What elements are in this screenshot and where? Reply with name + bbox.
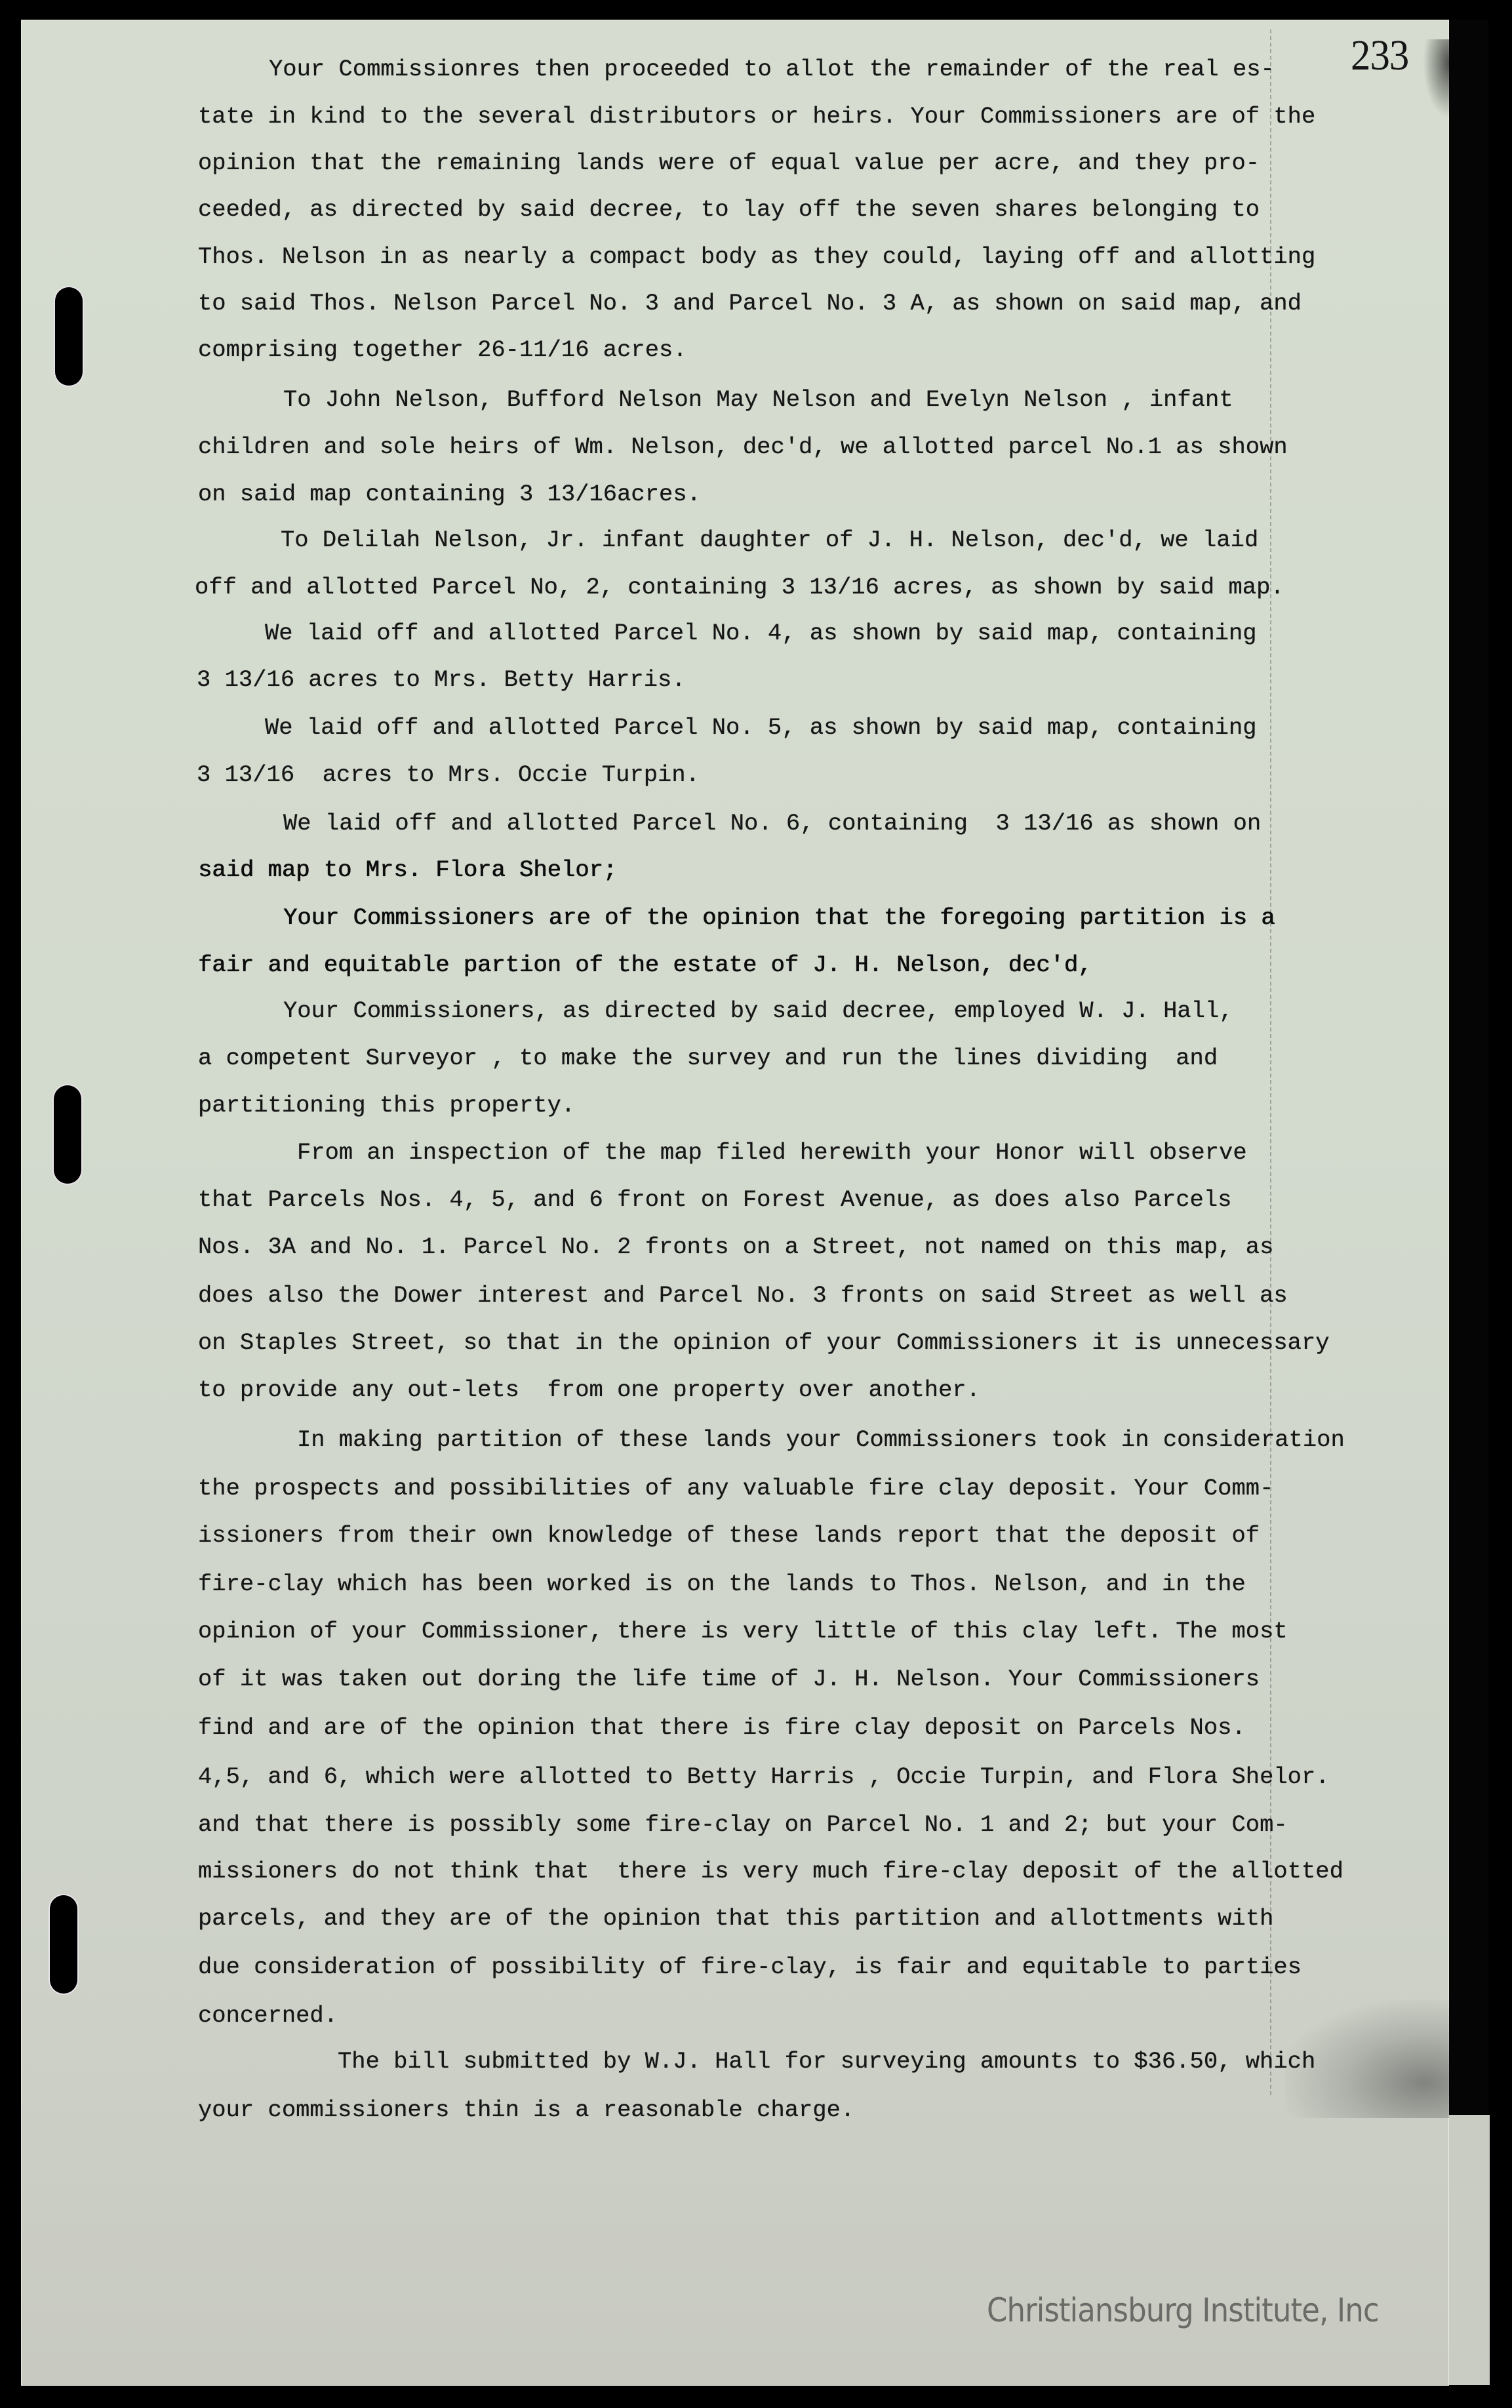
text-line: parcels, and they are of the opinion tha… xyxy=(198,1906,1273,1932)
text-line: tate in kind to the several distributors… xyxy=(198,104,1315,130)
text-line: opinion of your Commissioner, there is v… xyxy=(198,1618,1288,1645)
text-line: partitioning this property. xyxy=(198,1093,575,1119)
page-number: 233 xyxy=(1351,34,1408,77)
text-line: 4,5, and 6, which were allotted to Betty… xyxy=(198,1764,1330,1790)
text-line: ceeded, as directed by said decree, to l… xyxy=(198,197,1260,223)
text-line: Your Commissioners are of the opinion th… xyxy=(283,905,1275,931)
text-line: issioners from their own knowledge of th… xyxy=(198,1523,1260,1549)
text-line: the prospects and possibilities of any v… xyxy=(198,1475,1273,1502)
text-line: to provide any out-lets from one propert… xyxy=(198,1377,980,1403)
text-line: We laid off and allotted Parcel No. 6, c… xyxy=(283,811,1261,837)
text-line: on said map containing 3 13/16acres. xyxy=(198,481,701,508)
text-line: said map to Mrs. Flora Shelor; xyxy=(198,857,617,883)
binder-hole-bottom xyxy=(50,1895,77,1994)
text-line: missioners do not think that there is ve… xyxy=(198,1858,1343,1885)
text-line: In making partition of these lands your … xyxy=(297,1427,1345,1453)
text-line: to said Thos. Nelson Parcel No. 3 and Pa… xyxy=(198,291,1302,317)
text-line: on Staples Street, so that in the opinio… xyxy=(198,1330,1330,1356)
binder-hole-middle xyxy=(54,1085,81,1184)
binder-hole-top xyxy=(55,287,83,386)
watermark-text: Christiansburg Institute, Inc xyxy=(987,2291,1379,2330)
text-line: does also the Dower interest and Parcel … xyxy=(198,1283,1288,1309)
text-line: a competent Surveyor , to make the surve… xyxy=(198,1045,1218,1072)
text-line: 3 13/16 acres to Mrs. Occie Turpin. xyxy=(197,762,700,788)
text-line: Your Commissionres then proceeded to all… xyxy=(269,56,1275,83)
text-line: Thos. Nelson in as nearly a compact body… xyxy=(198,244,1315,270)
text-line: To John Nelson, Bufford Nelson May Nelso… xyxy=(283,387,1233,413)
dark-edge-strip xyxy=(1449,20,1488,2115)
text-line: your commissioners thin is a reasonable … xyxy=(198,2097,854,2123)
text-line: We laid off and allotted Parcel No. 4, a… xyxy=(265,620,1257,647)
text-line: fire-clay which has been worked is on th… xyxy=(198,1571,1246,1597)
text-line: Your Commissioners, as directed by said … xyxy=(283,998,1233,1024)
text-line: comprising together 26-11/16 acres. xyxy=(198,337,687,363)
text-line: From an inspection of the map filed here… xyxy=(297,1140,1247,1166)
text-line: children and sole heirs of Wm. Nelson, d… xyxy=(198,434,1288,460)
text-line: find and are of the opinion that there i… xyxy=(198,1715,1246,1741)
text-line: concerned. xyxy=(198,2003,338,2029)
text-line: fair and equitable partion of the estate… xyxy=(198,952,1092,978)
text-line: To Delilah Nelson, Jr. infant daughter o… xyxy=(281,527,1258,553)
text-line: that Parcels Nos. 4, 5, and 6 front on F… xyxy=(198,1187,1231,1213)
text-line: due consideration of possibility of fire… xyxy=(198,1954,1302,1980)
text-line: and that there is possibly some fire-cla… xyxy=(198,1812,1288,1838)
text-line: Nos. 3A and No. 1. Parcel No. 2 fronts o… xyxy=(198,1234,1273,1260)
text-line: We laid off and allotted Parcel No. 5, a… xyxy=(265,715,1257,741)
text-line: 3 13/16 acres to Mrs. Betty Harris. xyxy=(197,667,686,693)
text-line: of it was taken out doring the life time… xyxy=(198,1666,1260,1693)
text-line: The bill submitted by W.J. Hall for surv… xyxy=(338,2049,1315,2075)
text-line: opinion that the remaining lands were of… xyxy=(198,150,1260,176)
ink-smudge-top xyxy=(1423,39,1449,118)
text-line: off and allotted Parcel No, 2, containin… xyxy=(195,574,1284,601)
